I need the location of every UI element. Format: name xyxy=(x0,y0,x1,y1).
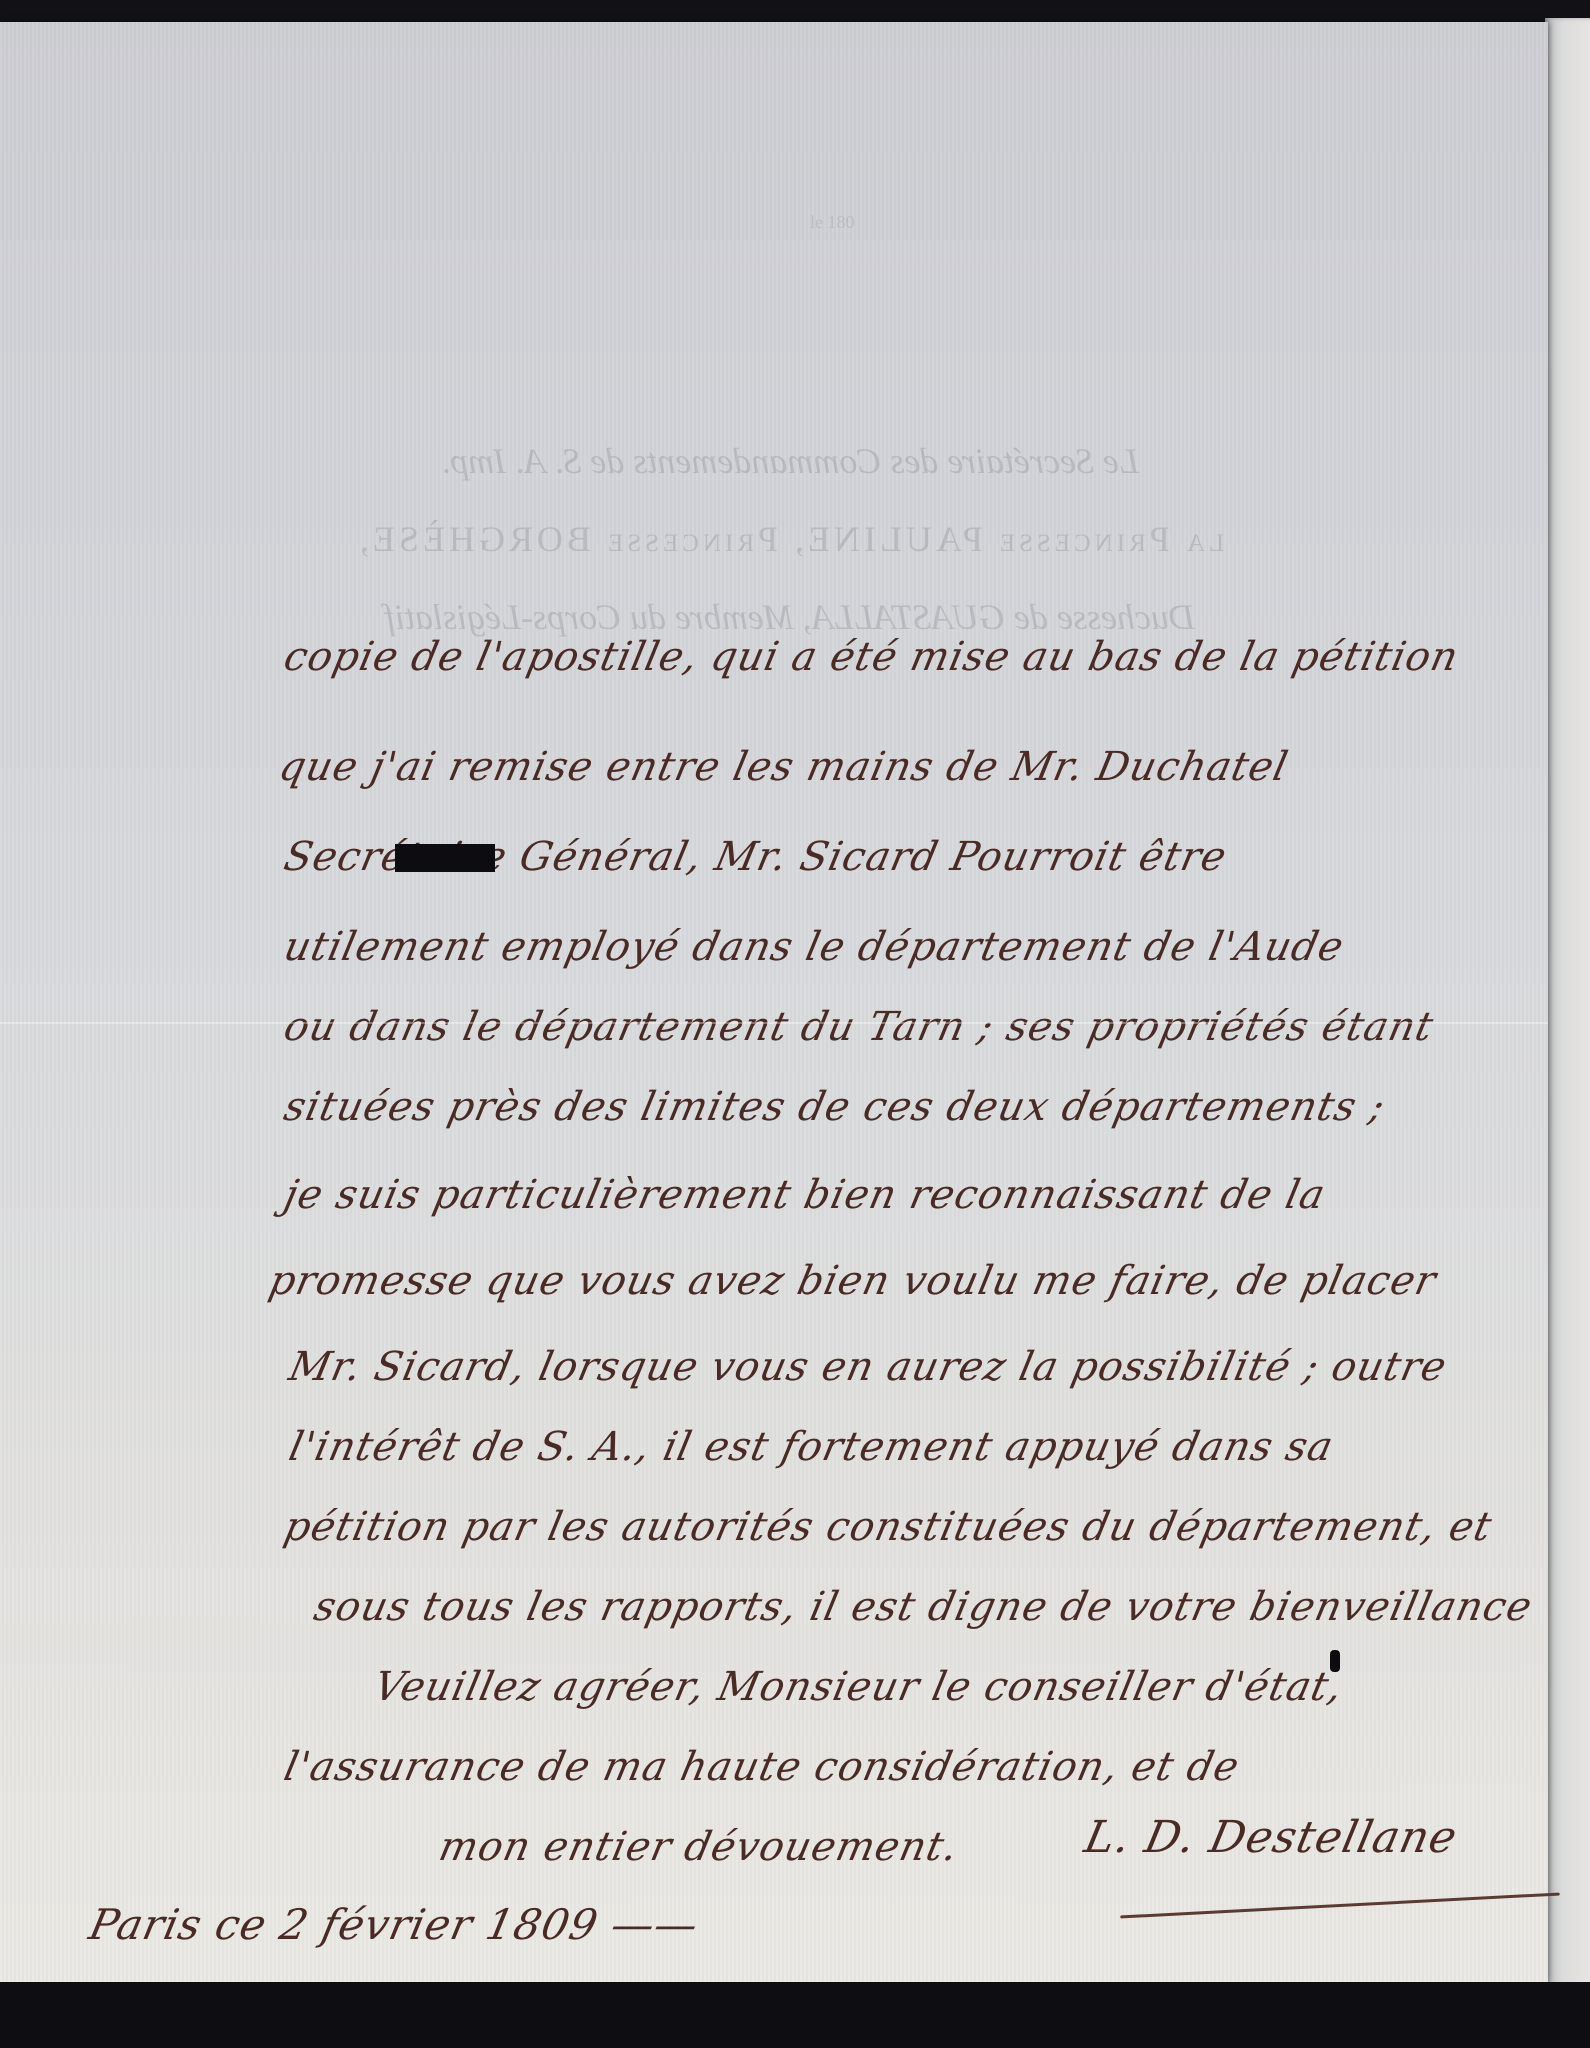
letter-page: le 180 Le Secrétaire des Commandements d… xyxy=(0,22,1548,1982)
faint-date-marks: le 180 xyxy=(810,212,855,233)
body-line-7: je suis particulièrement bien reconnaiss… xyxy=(280,1172,1330,1218)
body-line-4: utilement employé dans le département de… xyxy=(280,924,1348,970)
signature: L. D. Destellane xyxy=(1080,1812,1462,1863)
background-bottom xyxy=(0,1982,1590,2048)
body-line-13: Veuillez agréer, Monsieur le conseiller … xyxy=(370,1664,1347,1710)
letterhead-line-1: Le Secrétaire des Commandements de S. A.… xyxy=(280,422,1300,500)
body-line-2: que j'ai remise entre les mains de Mr. D… xyxy=(275,744,1293,790)
letterhead-line-2: la Princesse PAULINE, Princesse BORGHÈSE… xyxy=(280,500,1300,578)
body-line-14: l'assurance de ma haute considération, e… xyxy=(280,1744,1244,1790)
background-top xyxy=(0,0,1590,22)
body-line-6: situées près des limites de ces deux dép… xyxy=(280,1084,1389,1130)
document-photo: le 180 Le Secrétaire des Commandements d… xyxy=(0,0,1590,2048)
body-line-8: promesse que vous avez bien voulu me fai… xyxy=(265,1258,1441,1304)
back-page-edge xyxy=(1545,18,1590,1998)
body-line-10: l'intérêt de S. A., il est fortement app… xyxy=(285,1424,1338,1470)
letterhead-bleedthrough: Le Secrétaire des Commandements de S. A.… xyxy=(280,422,1300,656)
signature-flourish xyxy=(1120,1892,1560,1918)
paper-hole xyxy=(395,844,495,872)
body-line-12: sous tous les rapports, il est digne de … xyxy=(310,1584,1537,1630)
body-line-1: copie de l'apostille, qui a été mise au … xyxy=(280,634,1463,680)
body-line-11: pétition par les autorités constituées d… xyxy=(280,1504,1496,1550)
dateline: Paris ce 2 février 1809 —— xyxy=(85,1900,703,1949)
body-line-9: Mr. Sicard, lorsque vous en aurez la pos… xyxy=(285,1344,1451,1390)
body-line-15: mon entier dévouement. xyxy=(435,1824,963,1870)
body-line-5: ou dans le département du Tarn ; ses pro… xyxy=(280,1004,1438,1050)
